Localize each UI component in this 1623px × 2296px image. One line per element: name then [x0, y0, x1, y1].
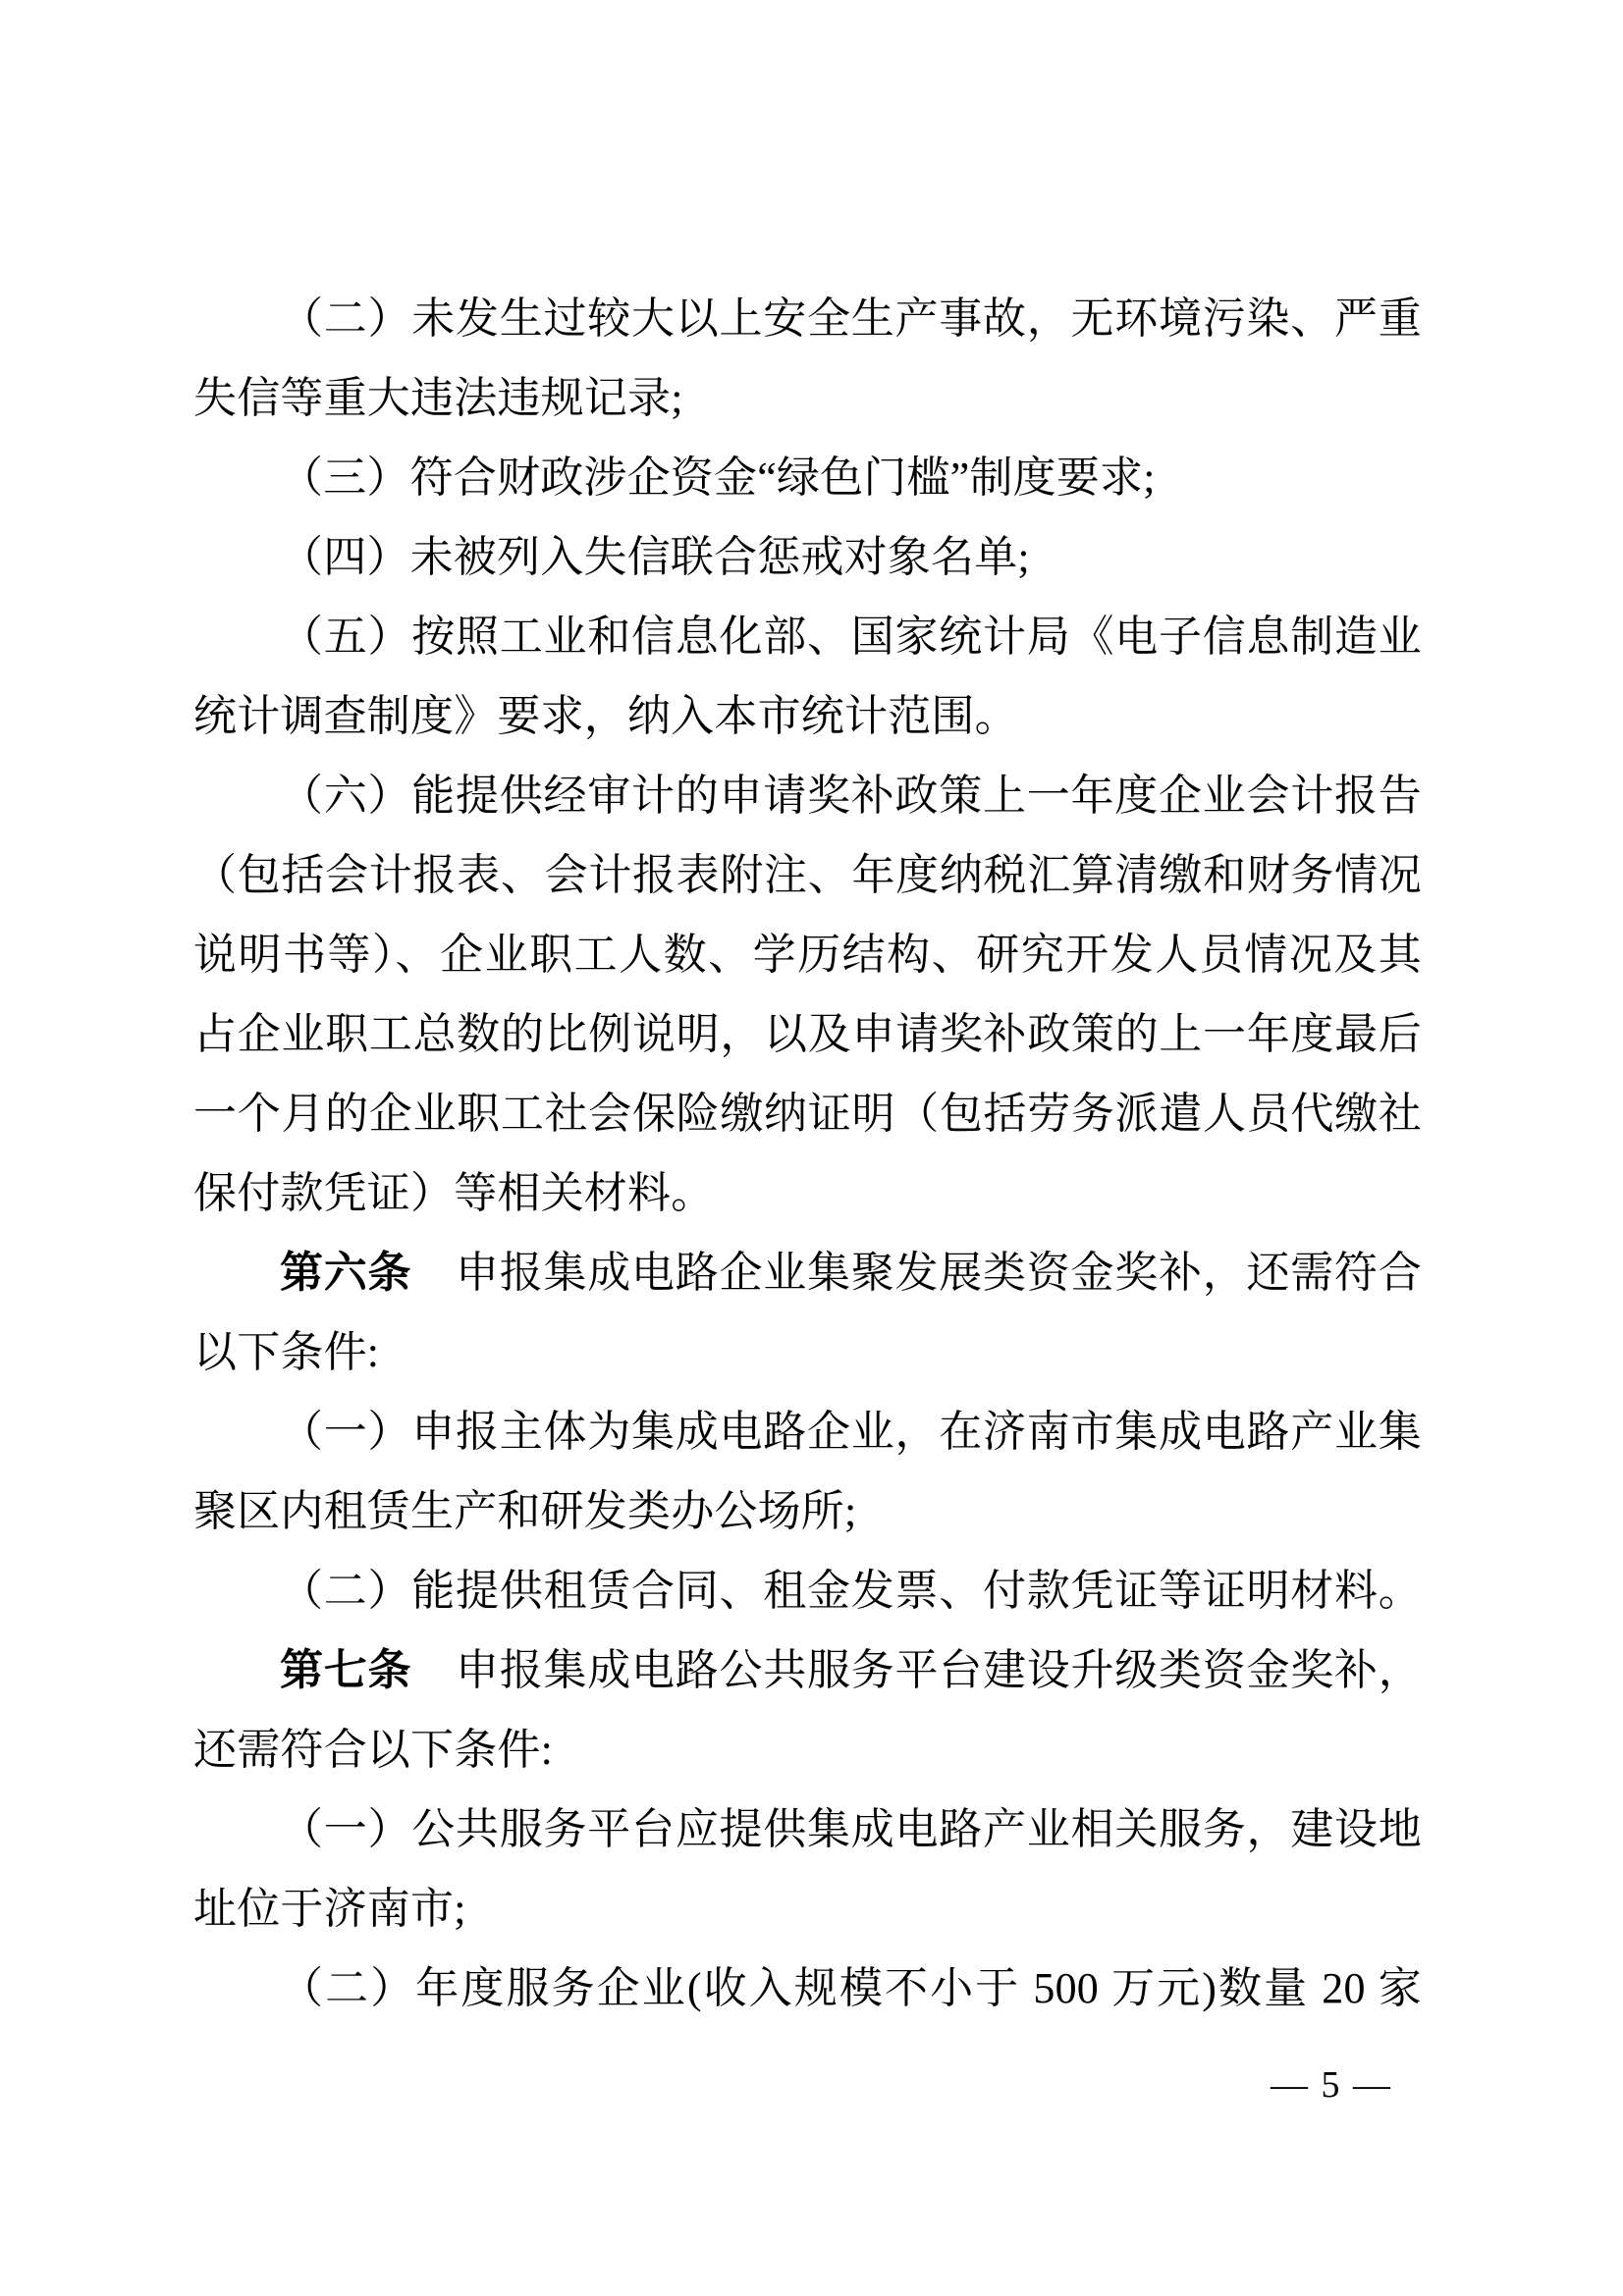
document-line: 失信等重大违法违规记录; [193, 358, 1422, 438]
document-line: 一个月的企业职工社会保险缴纳证明（包括劳务派遣人员代缴社 [193, 1074, 1422, 1153]
document-line: 还需符合以下条件: [193, 1710, 1422, 1789]
document-line: 统计调查制度》要求，纳入本市统计范围。 [193, 676, 1422, 756]
document-line-clause-6: 第六条 申报集成电路企业集聚发展类资金奖补，还需符合 [193, 1233, 1422, 1312]
document-line: 保付款凭证）等相关材料。 [193, 1153, 1422, 1233]
document-line: （二）年度服务企业(收入规模不小于 500 万元)数量 20 家 [193, 1949, 1422, 2028]
document-line: （包括会计报表、会计报表附注、年度纳税汇算清缴和财务情况 [193, 835, 1422, 915]
document-body: （二）未发生过较大以上安全生产事故，无环境污染、严重 失信等重大违法违规记录; … [193, 279, 1422, 2028]
document-line: （四）未被列入失信联合惩戒对象名单; [193, 517, 1422, 597]
page-number: — 5 — [1271, 2063, 1392, 2107]
document-line: 占企业职工总数的比例说明，以及申请奖补政策的上一年度最后 [193, 994, 1422, 1074]
document-line-clause-7: 第七条 申报集成电路公共服务平台建设升级类资金奖补， [193, 1630, 1422, 1710]
clause-6-text: 申报集成电路企业集聚发展类资金奖补，还需符合 [411, 1249, 1422, 1297]
document-line: （五）按照工业和信息化部、国家统计局《电子信息制造业 [193, 597, 1422, 676]
document-line: 聚区内租赁生产和研发类办公场所; [193, 1471, 1422, 1551]
document-line: 址位于济南市; [193, 1869, 1422, 1949]
document-line: （一）公共服务平台应提供集成电路产业相关服务，建设地 [193, 1789, 1422, 1869]
clause-7-text: 申报集成电路公共服务平台建设升级类资金奖补， [411, 1646, 1422, 1694]
document-line: 说明书等）、企业职工人数、学历结构、研究开发人员情况及其 [193, 915, 1422, 994]
document-page: （二）未发生过较大以上安全生产事故，无环境污染、严重 失信等重大违法违规记录; … [0, 0, 1623, 2296]
document-line: （一）申报主体为集成电路企业，在济南市集成电路产业集 [193, 1392, 1422, 1471]
document-line: （六）能提供经审计的申请奖补政策上一年度企业会计报告 [193, 756, 1422, 835]
clause-6-heading: 第六条 [280, 1249, 411, 1297]
document-line: 以下条件: [193, 1312, 1422, 1392]
document-line: （二）未发生过较大以上安全生产事故，无环境污染、严重 [193, 279, 1422, 358]
clause-7-heading: 第七条 [280, 1646, 411, 1694]
document-line: （三）符合财政涉企资金“绿色门槛”制度要求; [193, 438, 1422, 517]
document-line: （二）能提供租赁合同、租金发票、付款凭证等证明材料。 [193, 1551, 1422, 1630]
